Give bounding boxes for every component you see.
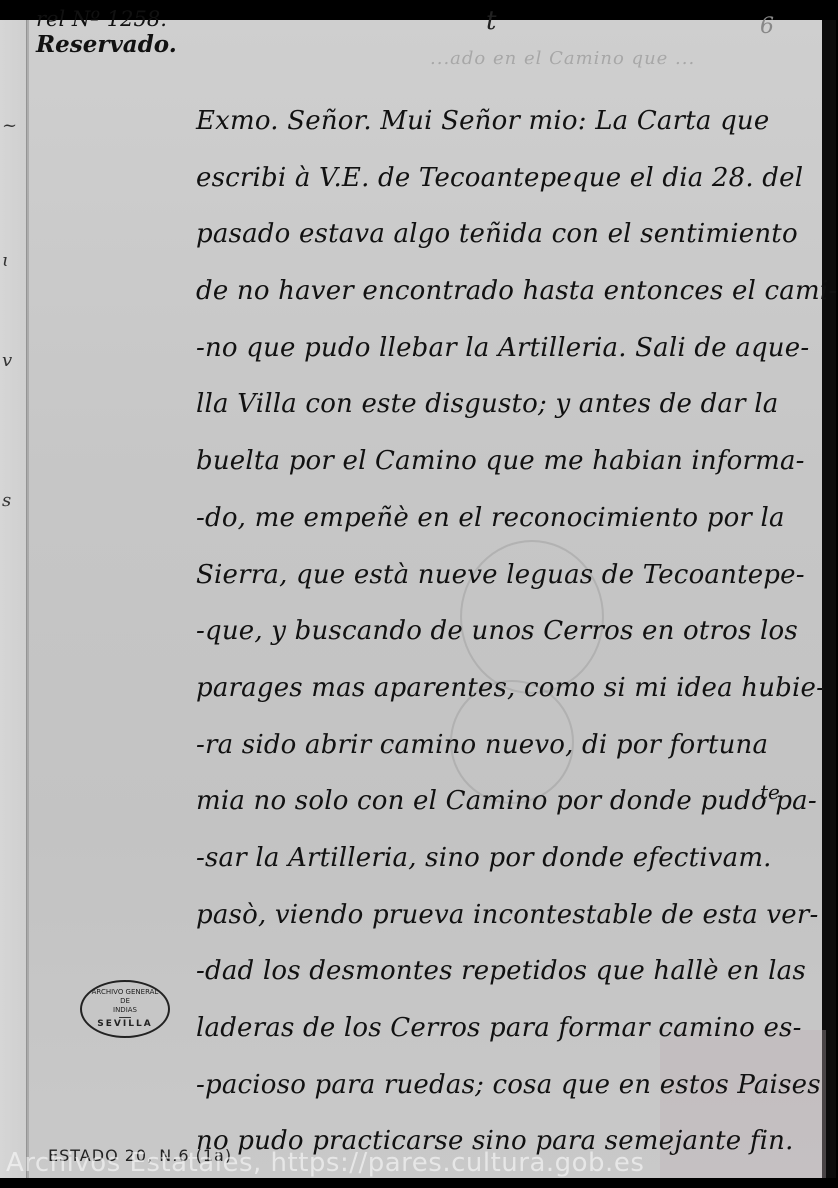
margin-fragment: s — [2, 490, 11, 511]
margin-fragment: ɩ — [2, 250, 9, 271]
scan-bottom-border — [0, 1178, 838, 1188]
text-line: pasò, viendo prueva incontestable de est… — [196, 887, 836, 944]
margin-fragment: ~ — [2, 115, 17, 136]
stamp-line: INDIAS — [82, 1006, 168, 1015]
text-line: Sierra, que està nueve leguas de Tecoant… — [196, 547, 836, 604]
text-line: -no que pudo llebar la Artilleria. Sali … — [196, 320, 836, 377]
text-line: pasado estava algo teñida con el sentimi… — [196, 206, 836, 263]
text-line: parages mas aparentes, como si mi idea h… — [196, 660, 836, 717]
text-line: Exmo. Señor. Mui Señor mio: La Carta que — [196, 93, 836, 150]
archive-watermark: Archivos Estatales, https://pares.cultur… — [6, 1148, 644, 1178]
stamp-line: DE — [82, 997, 168, 1006]
text-line: -pacioso para ruedas; cosa que en estos … — [196, 1057, 836, 1114]
margin-fragment: v — [2, 350, 12, 371]
text-line: -do, me empeñè en el reconocimiento por … — [196, 490, 836, 547]
previous-page-margin: ~ ɩ v s — [0, 20, 27, 1180]
superscript-abbreviation: te — [760, 780, 780, 804]
stamp-city: SEVILLA — [82, 1020, 168, 1029]
folio-mark: t — [486, 6, 496, 36]
text-line: escribi à V.E. de Tecoantepeque el dia 2… — [196, 150, 836, 207]
text-line: buelta por el Camino que me habian infor… — [196, 433, 836, 490]
stamp-line: ARCHIVO GENERAL — [82, 988, 168, 997]
document-header: rel Nº 1258. Reservado. — [36, 6, 177, 58]
page-number: 6 — [760, 14, 774, 39]
text-line: -dad los desmontes repetidos que hallè e… — [196, 943, 836, 1000]
bleed-through-text: ...ado en el Camino que ... — [430, 48, 695, 69]
letter-body: Exmo. Señor. Mui Señor mio: La Carta que… — [196, 93, 836, 1170]
reference-number: rel Nº 1258. — [36, 6, 177, 32]
text-line: de no haver encontrado hasta entonces el… — [196, 263, 836, 320]
text-line: lla Villa con este disgusto; y antes de … — [196, 376, 836, 433]
page-fold-line — [26, 20, 29, 1180]
text-line: -sar la Artilleria, sino por donde efect… — [196, 830, 836, 887]
classification-label: Reservado. — [36, 32, 177, 58]
text-line: -que, y buscando de unos Cerros en otros… — [196, 603, 836, 660]
text-line: laderas de los Cerros para formar camino… — [196, 1000, 836, 1057]
archive-stamp: ARCHIVO GENERAL DE INDIAS SEVILLA — [80, 980, 170, 1038]
text-line: mia no solo con el Camino por donde pudo… — [196, 773, 836, 830]
text-line: -ra sido abrir camino nuevo, di por fort… — [196, 717, 836, 774]
stamp-divider — [119, 1017, 131, 1018]
